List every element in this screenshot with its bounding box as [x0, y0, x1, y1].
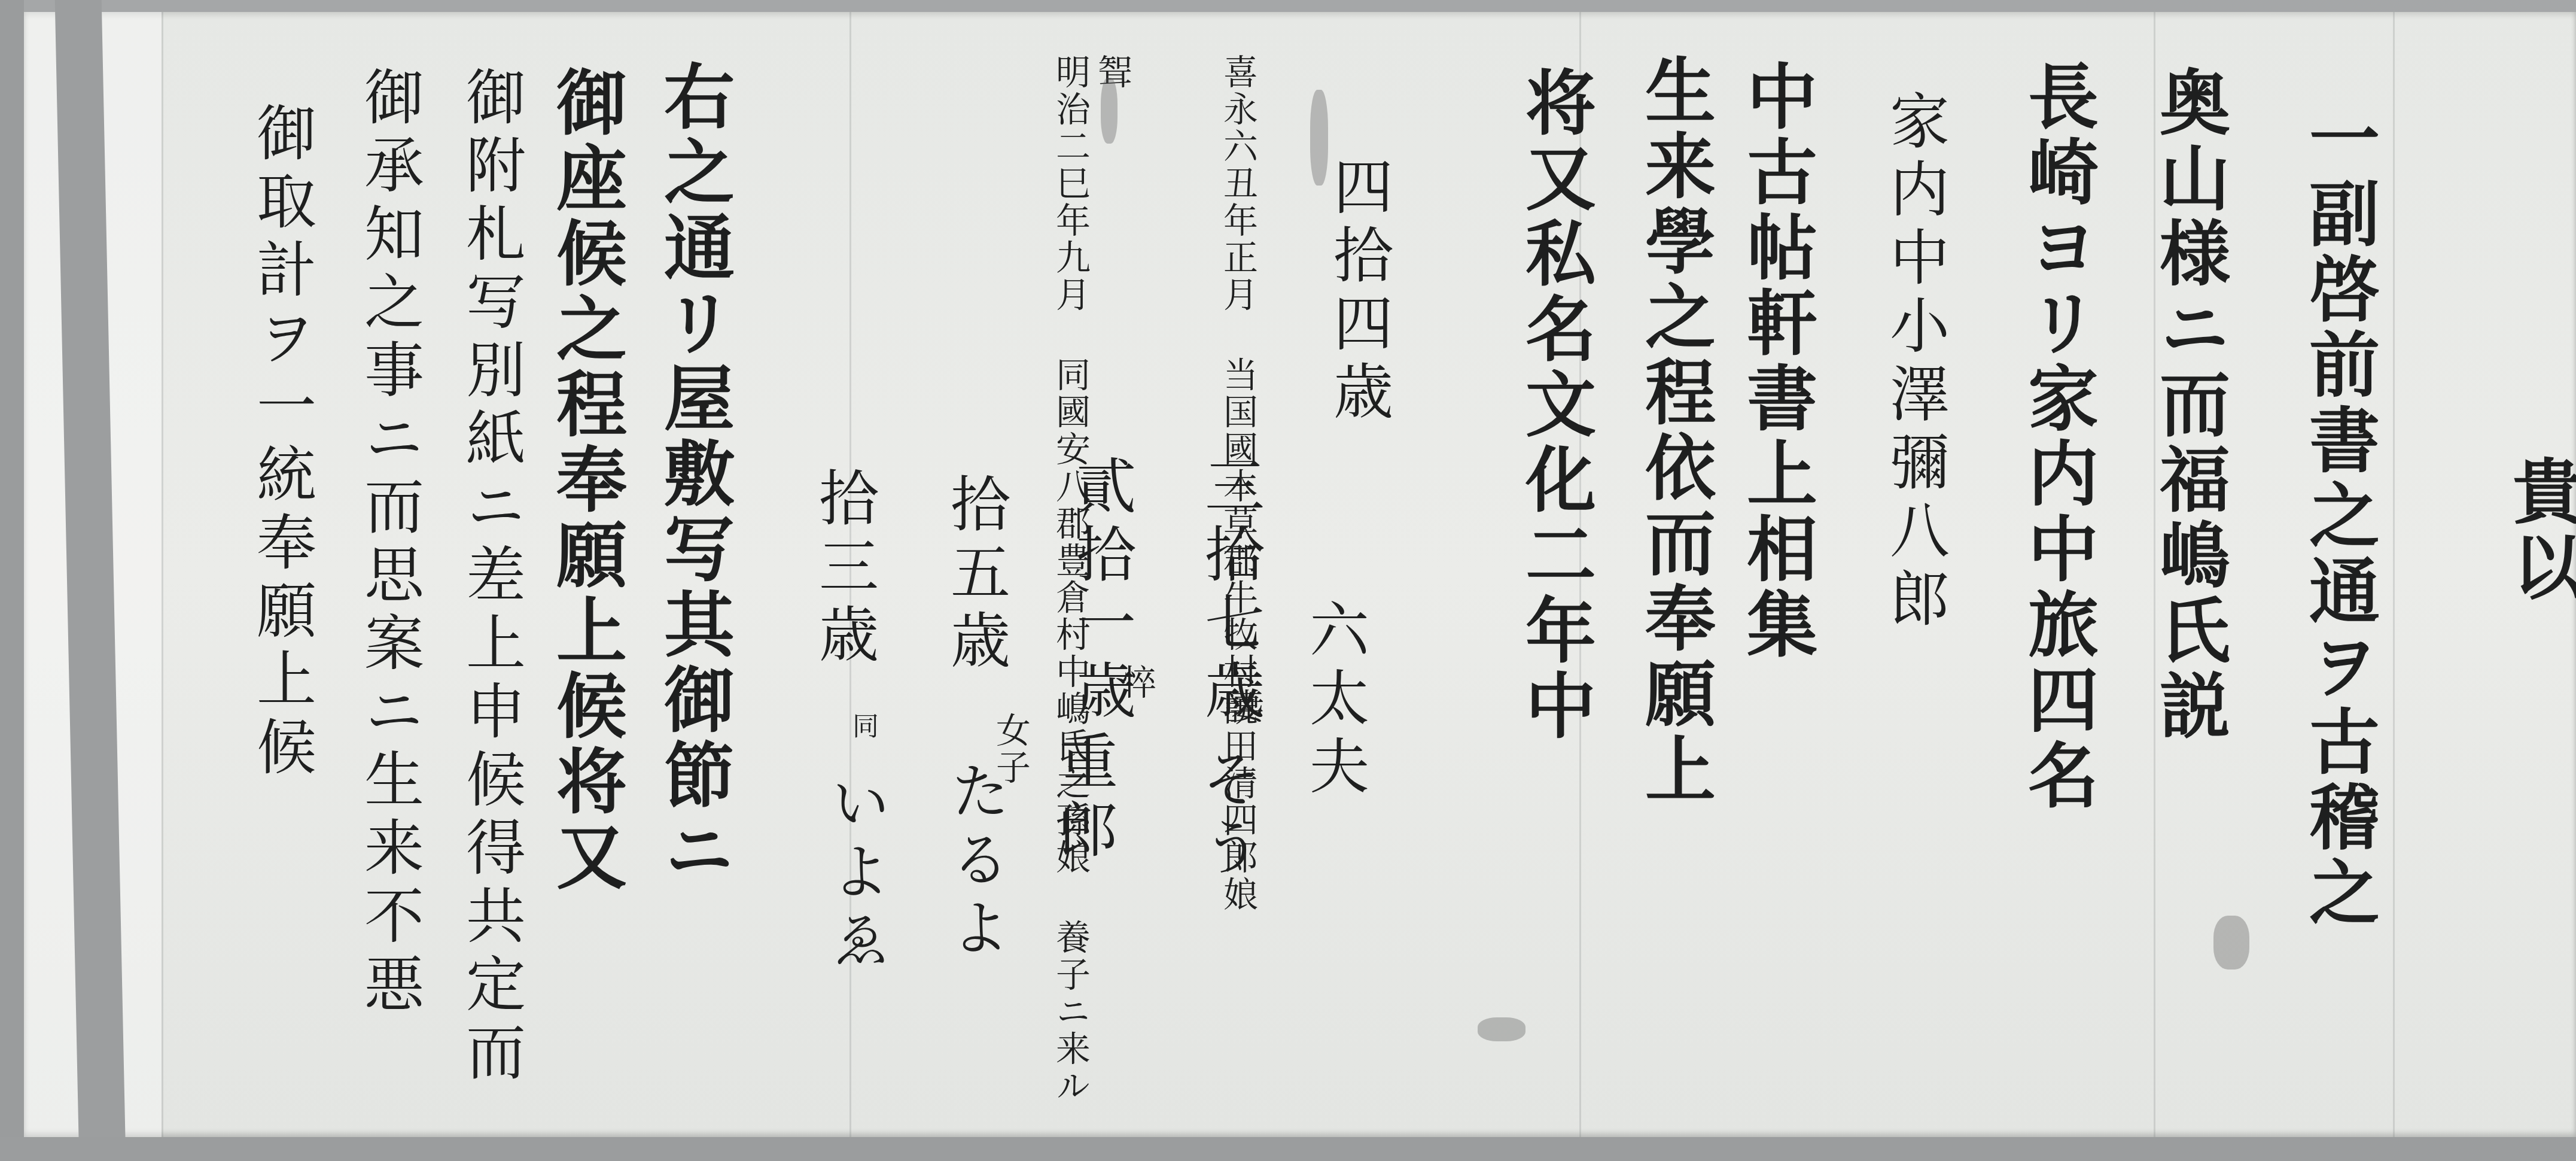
- text-column: 家内中小澤彌八郎: [1884, 90, 1944, 636]
- register-role: 妻: [1226, 688, 1261, 725]
- text-column: 一副啓前書之通ヲ古稽之: [2303, 102, 2374, 931]
- register-name: 重郎: [1053, 730, 1113, 867]
- text-column: 生来學之程依而奉願上: [1639, 54, 1710, 808]
- paper-fold: [2393, 12, 2395, 1137]
- ink-stain: [1310, 90, 1328, 186]
- register-name: そう: [1196, 748, 1256, 885]
- text-column: 将又私名文化二年中: [1520, 66, 1590, 744]
- scroll-bottom-edge: [0, 1137, 2576, 1161]
- register-role: 悴: [1119, 664, 1153, 701]
- scroll-top-edge: [0, 0, 2576, 13]
- register-age: 拾三歳: [814, 467, 873, 671]
- text-column: 御附札写別紙ニ差上申候得共定而: [461, 66, 520, 1089]
- text-column: 御承知之事ニ而思案ニ生来不悪: [359, 66, 419, 1021]
- ink-stain: [1478, 1017, 1525, 1041]
- register-age: 拾五歳: [945, 473, 1005, 677]
- text-column: 御座候之程奉願上候将又: [550, 66, 621, 895]
- text-column: 奥山様ニ而福嶋氏説: [2154, 66, 2224, 744]
- ink-stain: [2213, 916, 2249, 969]
- register-name: いよゑ: [826, 772, 885, 977]
- register-name: 六太夫: [1304, 598, 1364, 803]
- text-column: 御取計ヲ一統奉願上候: [251, 102, 311, 784]
- text-column: 右之通リ屋敷写其御節ニ: [658, 60, 729, 889]
- text-column: 長崎ヨリ家内中旅四名: [2022, 60, 2093, 814]
- register-role: 同: [849, 712, 876, 738]
- register-age: 四拾四歳: [1328, 156, 1388, 428]
- scroll-left-mount: [0, 0, 24, 1161]
- text-column: 中古帖軒書上相集: [1741, 60, 1811, 663]
- paper-fold: [162, 12, 163, 1137]
- register-age: 三拾七歳: [1199, 455, 1259, 728]
- register-name: たるよ: [945, 760, 1005, 965]
- edge-fragment-text: 貴以: [2507, 455, 2576, 606]
- ink-stain: [1101, 78, 1118, 144]
